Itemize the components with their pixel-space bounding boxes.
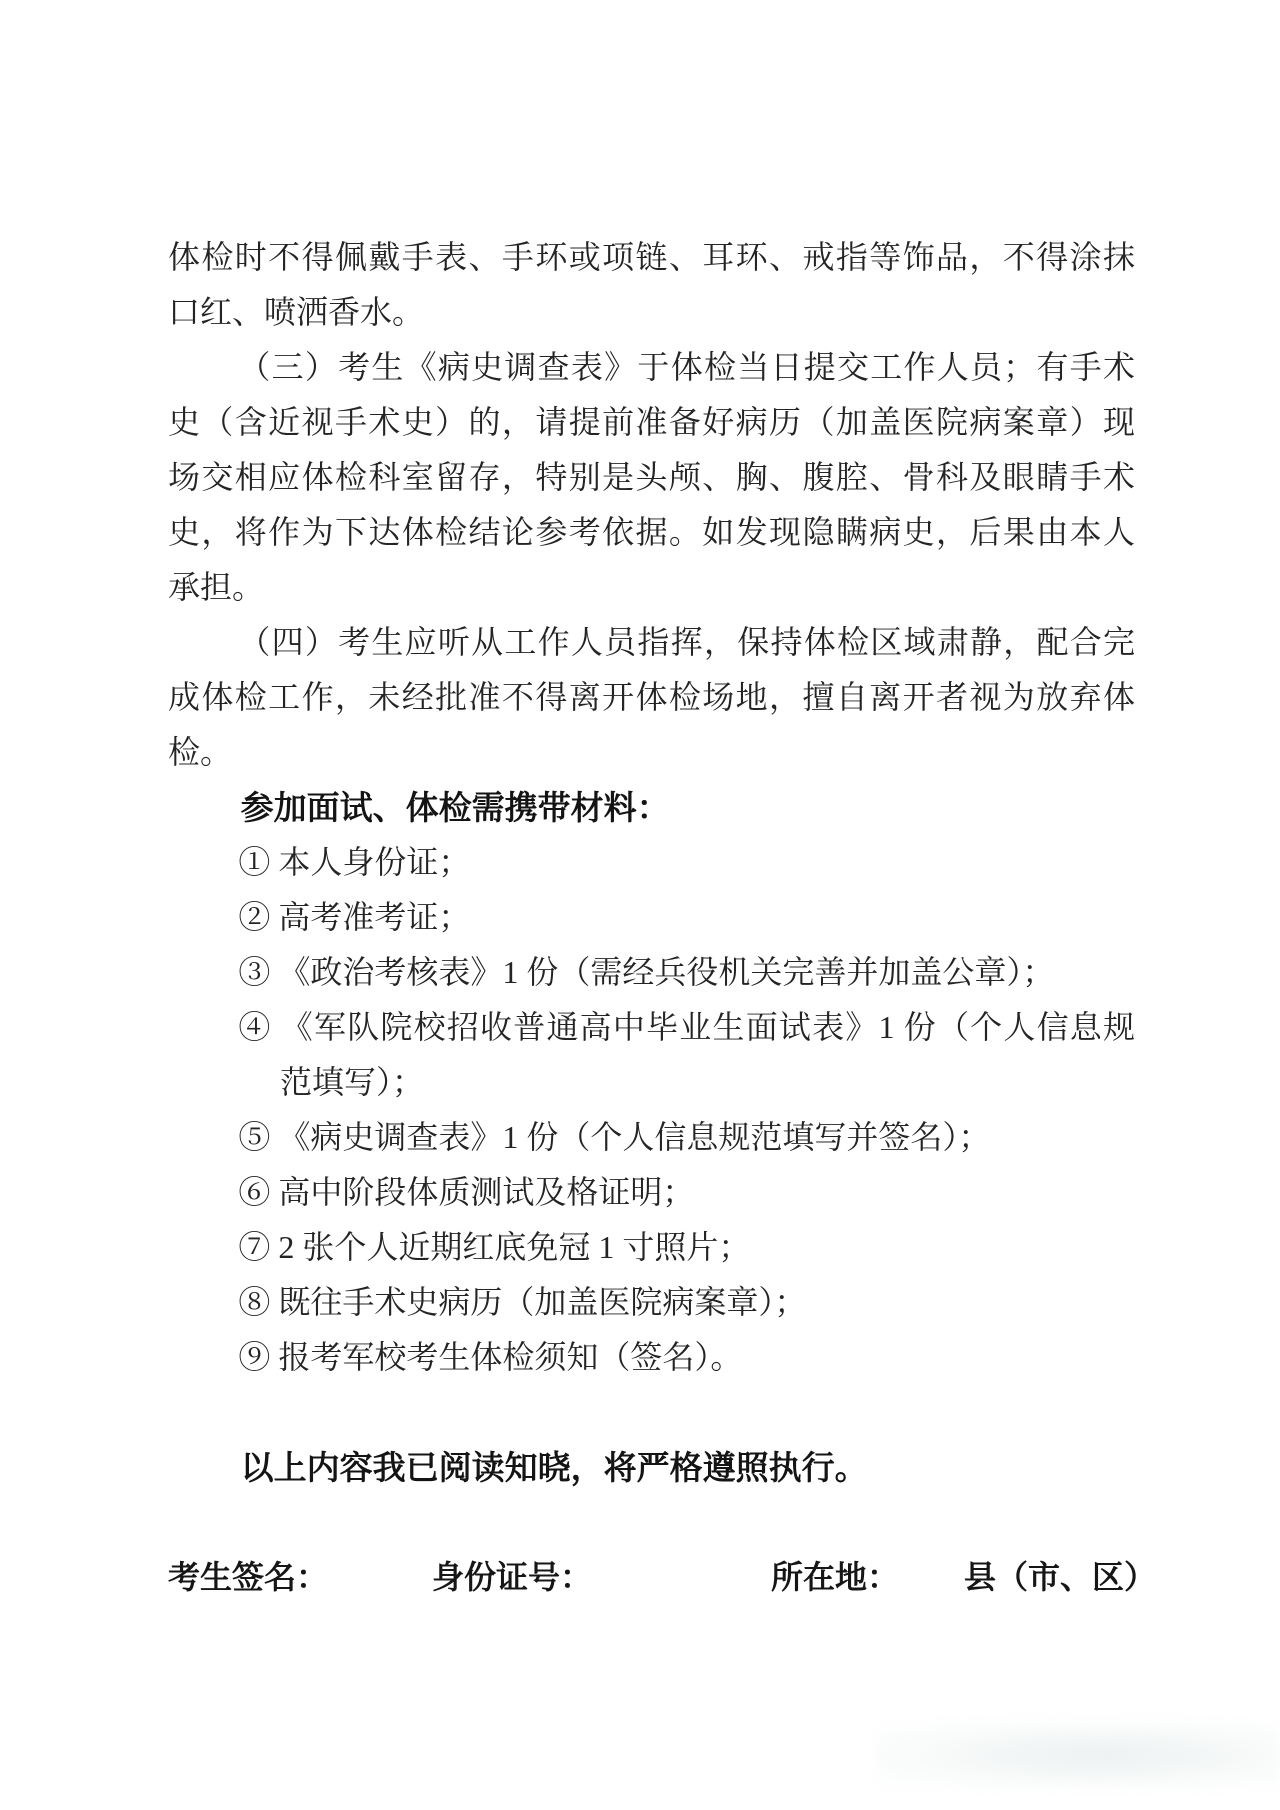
para-jewelry-line-2: 口红、喷洒香水。 (168, 285, 1135, 340)
material-item-1: ① 本人身份证； (168, 835, 1135, 890)
para-jewelry-line-1: 体检时不得佩戴手表、手环或项链、耳环、戒指等饰品，不得涂抹 (168, 230, 1135, 285)
location-label: 所在地： (771, 1550, 899, 1605)
signature-row: 考生签名： 身份证号： 所在地： 县（市、区） (168, 1550, 1158, 1605)
para-four-line-3: 检。 (168, 725, 1135, 780)
blank-line (168, 1385, 1135, 1440)
para-four-line-1: （四）考生应听从工作人员指挥，保持体检区域肃静，配合完 (168, 615, 1135, 670)
material-item-9: ⑨ 报考军校考生体检须知（签名）。 (168, 1330, 1135, 1385)
material-item-7: ⑦ 2 张个人近期红底免冠 1 寸照片； (168, 1220, 1135, 1275)
para-three-line-4: 史，将作为下达体检结论参考依据。如发现隐瞒病史，后果由本人 (168, 505, 1135, 560)
para-four-line-2: 成体检工作，未经批准不得离开体检场地，擅自离开者视为放弃体 (168, 670, 1135, 725)
material-item-5: ⑤ 《病史调查表》1 份（个人信息规范填写并签名）； (168, 1110, 1135, 1165)
material-item-8: ⑧ 既往手术史病历（加盖医院病案章）； (168, 1275, 1135, 1330)
material-item-2: ② 高考准考证； (168, 890, 1135, 945)
material-item-4-line-2: 范填写）； (168, 1055, 1135, 1110)
id-number-label: 身份证号： (432, 1550, 592, 1605)
material-item-4-line-1: ④ 《军队院校招收普通高中毕业生面试表》1 份（个人信息规 (168, 1000, 1135, 1055)
document-page: 体检时不得佩戴手表、手环或项链、耳环、戒指等饰品，不得涂抹口红、喷洒香水。（三）… (0, 0, 1280, 1810)
material-item-3: ③ 《政治考核表》1 份（需经兵役机关完善并加盖公章）； (168, 945, 1135, 1000)
para-three-line-1: （三）考生《病史调查表》于体检当日提交工作人员；有手术 (168, 340, 1135, 395)
acknowledgement-heading: 以上内容我已阅读知晓，将严格遵照执行。 (168, 1440, 1135, 1495)
scan-smudge (876, 1722, 1280, 1788)
materials-heading: 参加面试、体检需携带材料： (168, 780, 1135, 835)
county-city-district-label: 县（市、区） (964, 1550, 1156, 1605)
para-three-line-3: 场交相应体检科室留存，特别是头颅、胸、腹腔、骨科及眼睛手术 (168, 450, 1135, 505)
document-body: 体检时不得佩戴手表、手环或项链、耳环、戒指等饰品，不得涂抹口红、喷洒香水。（三）… (168, 230, 1135, 1495)
material-item-6: ⑥ 高中阶段体质测试及格证明； (168, 1165, 1135, 1220)
para-three-line-2: 史（含近视手术史）的，请提前准备好病历（加盖医院病案章）现 (168, 395, 1135, 450)
candidate-signature-label: 考生签名： (168, 1550, 328, 1605)
para-three-line-5: 承担。 (168, 560, 1135, 615)
